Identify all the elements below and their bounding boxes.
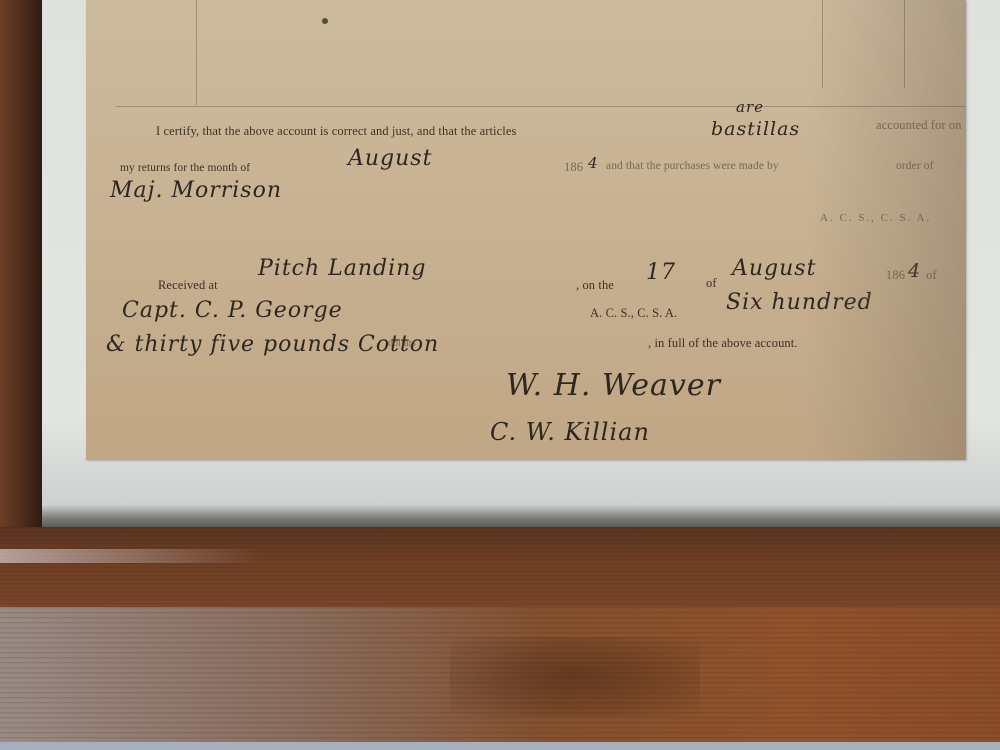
received-label: Received at (158, 278, 218, 293)
frame-bottom-inner (0, 527, 1000, 607)
signature-1: W. H. Weaver (506, 368, 721, 403)
received-month: August (732, 256, 816, 281)
table-rule (116, 106, 966, 107)
dollars-label: dollars (388, 338, 416, 349)
certify-handwritten-top: are (736, 98, 764, 116)
document-paper: I certify, that the above account is cor… (86, 0, 966, 460)
received-place: Pitch Landing (258, 256, 426, 281)
on-the-label: , on the (576, 278, 614, 293)
table-rule (904, 0, 905, 88)
mat-shadow (42, 505, 1000, 527)
returns-line: my returns for the month of (120, 162, 250, 174)
amount-line-1: Six hundred (726, 290, 873, 315)
signature-2: C. W. Killian (490, 418, 650, 446)
of-label: of (706, 276, 717, 291)
received-day: 17 (646, 260, 676, 285)
received-from-title: A. C. S., C. S. A. (590, 306, 677, 321)
full-of-label: , in full of the above account. (648, 336, 798, 351)
received-year-prefix: 186 (886, 268, 905, 283)
table-rule (196, 0, 197, 105)
certify-handwritten: bastillas (711, 118, 800, 140)
certify-tail: accounted for on (876, 118, 962, 133)
received-from: Capt. C. P. George (122, 298, 343, 323)
frame-left-edge (0, 0, 42, 545)
officer-name: Maj. Morrison (110, 178, 282, 203)
returns-year-digit: 4 (588, 154, 599, 172)
ink-spot (322, 18, 328, 24)
table-rule (822, 0, 823, 88)
received-year-digit: 4 (908, 260, 921, 282)
returns-tail: and that the purchases were made by (606, 160, 779, 172)
returns-year-prefix: 186 (564, 160, 583, 175)
frame-bottom-outer (0, 607, 1000, 742)
officer-title: A. C. S., C. S. A. (820, 212, 931, 224)
table-surface (0, 742, 1000, 750)
returns-month: August (348, 146, 432, 171)
returns-tail-end: order of (896, 160, 934, 172)
received-year-suffix: of (926, 268, 937, 283)
certify-line: I certify, that the above account is cor… (156, 124, 516, 139)
